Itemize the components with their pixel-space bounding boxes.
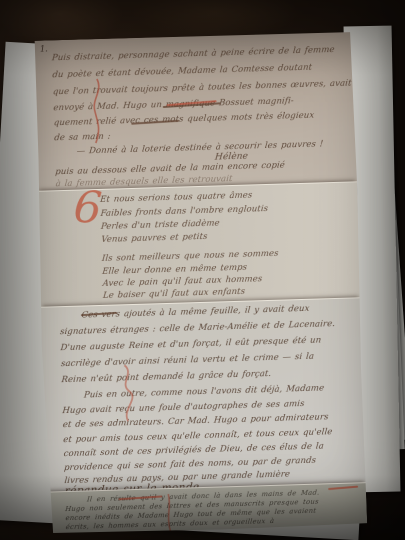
page-number: 1.: [40, 44, 48, 53]
manuscript-line: puis au dessous elle avait de la main en…: [55, 160, 286, 177]
poem-line: Et nous serions tous quatre âmes: [100, 190, 253, 205]
manuscript-piece-top: 1. Puis distraite, personnage sachant à …: [33, 31, 357, 190]
red-crayon-number: 6: [72, 185, 103, 231]
manuscript-piece-main: Ces vers ajoutés à la même feuille, il y…: [41, 297, 366, 492]
red-pen-stroke: [162, 494, 175, 532]
manuscript-piece-poem: 6 Et nous serions tous quatre âmes Faibl…: [37, 181, 360, 307]
manuscript-line: Puis distraite, personnage sachant à pei…: [51, 45, 335, 63]
poem-line: Ils sont meilleurs que nous ne sommes: [101, 249, 279, 264]
manuscript-line: D'une auguste Reine et d'un forçat, il e…: [60, 335, 322, 353]
red-crayon-flourish: [100, 363, 146, 424]
manuscript-page: 1. Puis distraite, personnage sachant à …: [33, 31, 368, 534]
poem-line: Le baiser qu'il faut aux enfants: [102, 287, 245, 301]
red-pen-flourish: [86, 77, 108, 146]
poem-line: Perles d'un triste diadème: [100, 218, 220, 232]
manuscript-line: Reine n'eût point demandé la grâce du fo…: [61, 369, 272, 385]
photo-background: 1. Puis distraite, personnage sachant à …: [0, 0, 405, 540]
poem-line: Venus pauvres et petits: [101, 232, 208, 245]
manuscript-line: sacrilège d'avoir ainsi réuni la vertu e…: [60, 352, 314, 370]
poem-line: Faibles fronts dans l'ombre engloutis: [100, 204, 268, 219]
red-strikethrough: [328, 486, 358, 490]
manuscript-line: signatures étranges : celle de Marie-Amé…: [60, 319, 336, 337]
